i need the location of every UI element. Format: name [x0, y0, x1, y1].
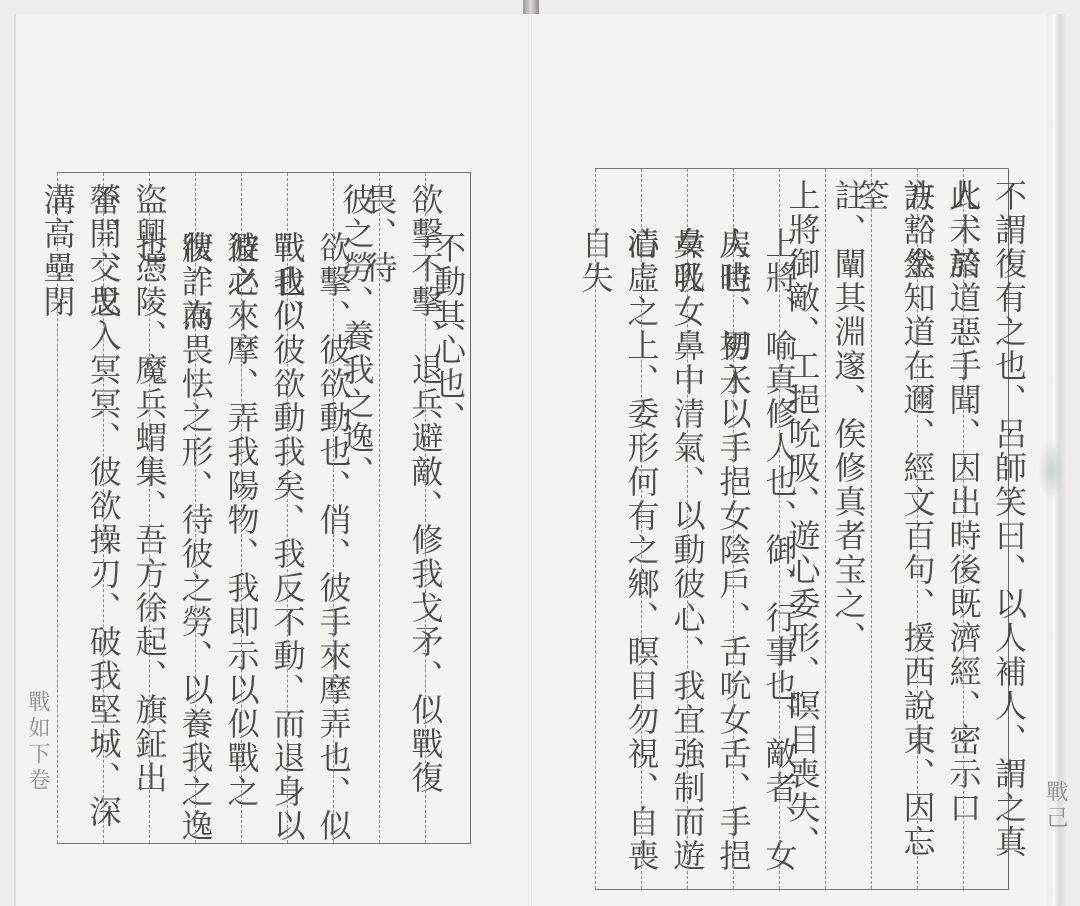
text-column: 不動其心也、	[425, 173, 471, 843]
column-text: 上將御敵、工挹吮吸、遊心委形、瞑目喪失、	[780, 169, 826, 889]
text-column: 欲擊不擊、退兵避敵、修我戈矛、似戰復畏、待	[379, 173, 425, 843]
left-margin-note: 戰如下卷	[22, 690, 53, 794]
text-column: 不謂復有之也、呂師笑曰、以人補人、謂之真人、於	[963, 169, 1009, 889]
binding-clip	[523, 0, 539, 14]
right-margin-note: 戰己	[1040, 780, 1071, 832]
column-text: 不謂復有之也、呂師笑曰、以人補人、謂之真人、於	[940, 169, 1032, 889]
column-text: 不動其心也、	[425, 173, 471, 843]
left-page-text-block: 不動其心也、 欲擊不擊、退兵避敵、修我戈矛、似戰復畏、待 彼之勞、養我之逸、 欲…	[57, 172, 471, 844]
text-column: 欲擊、彼欲動也、俏、彼手來摩弄也、似戰我似	[287, 173, 333, 843]
paper-stain	[1038, 440, 1066, 500]
right-page-text-block: 不謂復有之也、呂師笑曰、以人補人、謂之真人、於 此未諳道惡手聞、因出時後既濟經、…	[595, 168, 1009, 890]
book-spread: 不謂復有之也、呂師笑曰、以人補人、謂之真人、於 此未諳道惡手聞、因出時後既濟經、…	[0, 0, 1080, 906]
text-column: 上將、喻真修人也、御、行事也、敵者、女人也、初入	[733, 169, 779, 889]
text-column: 上將御敵、工挹吮吸、遊心委形、瞑目喪失、	[779, 169, 825, 889]
